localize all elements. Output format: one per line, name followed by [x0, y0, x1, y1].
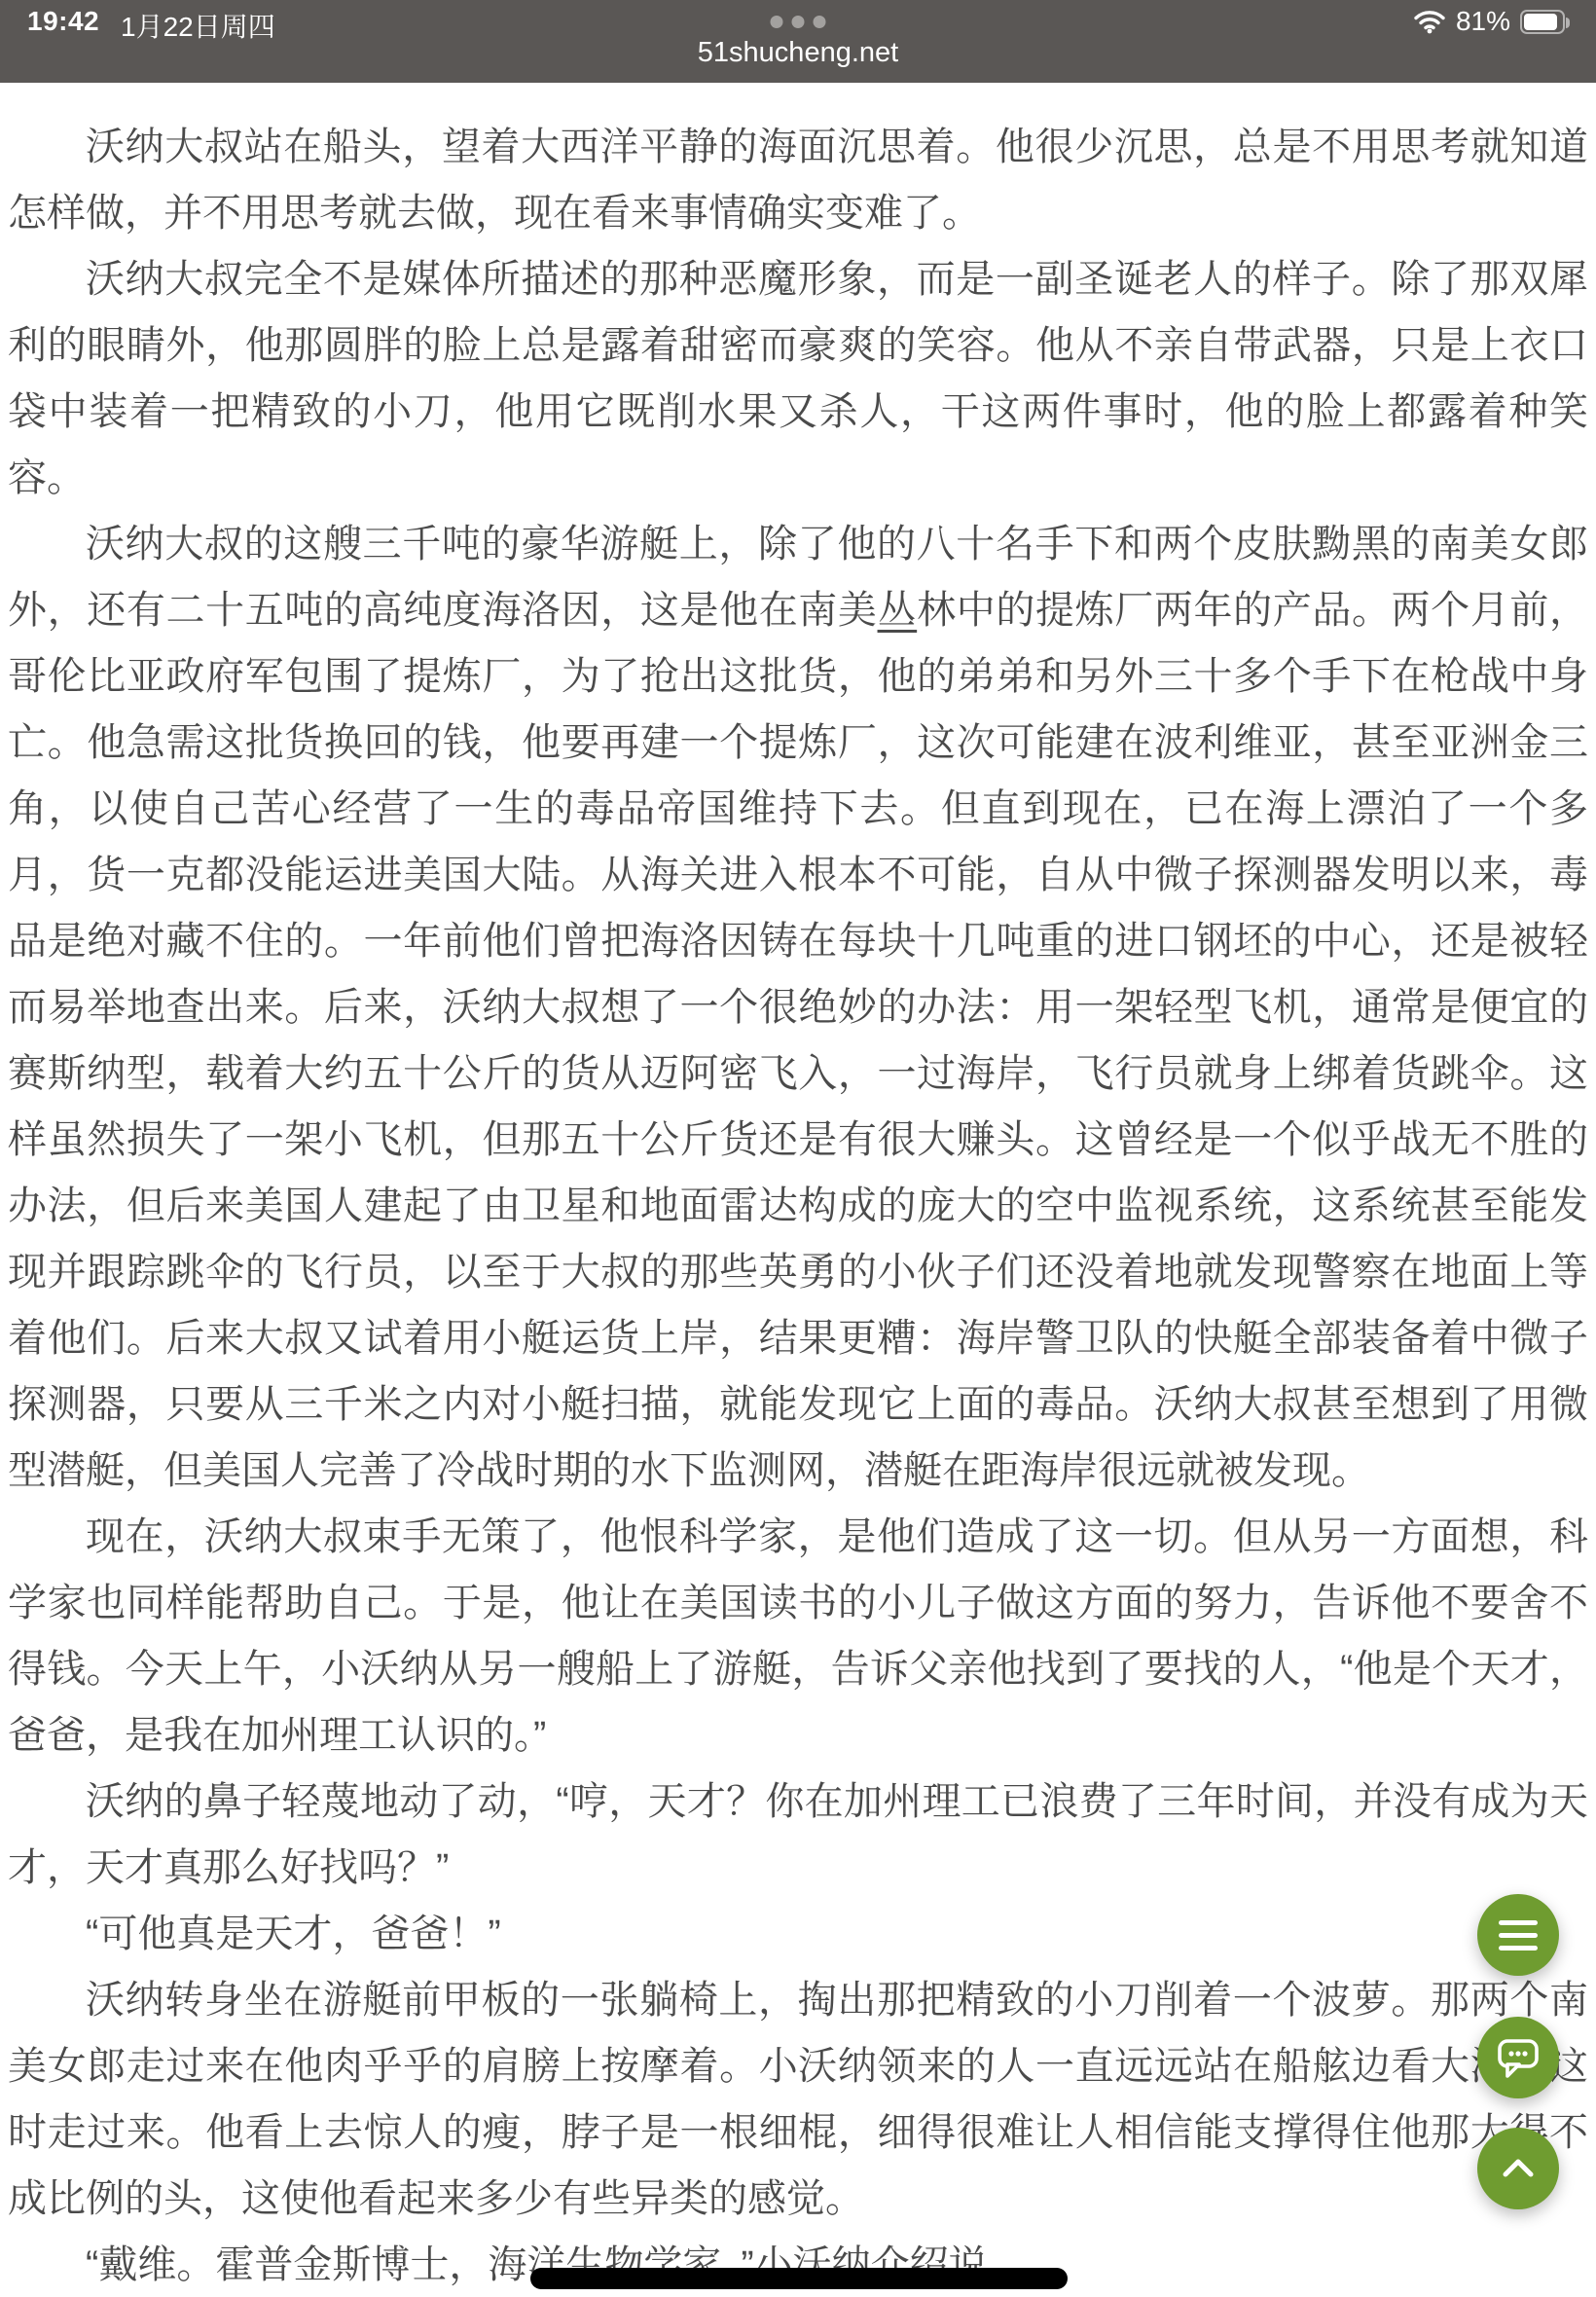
ellipsis-dot	[771, 16, 783, 28]
underlined-word: 丛	[878, 589, 918, 632]
status-right-cluster: 81%	[1413, 6, 1571, 37]
paragraph-text: 林中的提炼厂两年的产品。两个月前，哥伦比亚政府军包围了提炼厂，为了抢出这批货，他…	[8, 589, 1588, 1492]
ellipsis-dot	[792, 16, 805, 28]
battery-percentage: 81%	[1456, 6, 1510, 37]
wifi-icon	[1413, 9, 1446, 34]
reader-content: 沃纳大叔站在船头，望着大西洋平静的海面沉思着。他很少沉思，总是不用思考就知道怎样…	[0, 83, 1596, 2297]
battery-level-fill	[1524, 14, 1557, 30]
paragraph: “可他真是天才，爸爸！”	[8, 1901, 1588, 1967]
strikethrough-artifact	[530, 2268, 1068, 2289]
paragraph: 沃纳转身坐在游艇前甲板的一张躺椅上，掏出那把精致的小刀削着一个波萝。那两个南美女…	[8, 1967, 1588, 2232]
menu-button[interactable]	[1477, 1894, 1559, 1976]
paragraph: 沃纳大叔完全不是媒体所描述的那种恶魔形象，而是一副圣诞老人的样子。除了那双犀利的…	[8, 246, 1588, 511]
paragraph: 沃纳大叔站在船头，望着大西洋平静的海面沉思着。他很少沉思，总是不用思考就知道怎样…	[8, 114, 1588, 246]
paragraph: 沃纳的鼻子轻蔑地动了动，“哼，天才？你在加州理工已浪费了三年时间，并没有成为天才…	[8, 1768, 1588, 1901]
clock: 19:42	[27, 6, 99, 37]
site-title[interactable]: 51shucheng.net	[0, 37, 1596, 69]
menu-icon	[1499, 1920, 1538, 1951]
ellipsis-icon[interactable]	[771, 16, 826, 28]
paragraph: 沃纳大叔的这艘三千吨的豪华游艇上，除了他的八十名手下和两个皮肤黝黑的南美女郎外，…	[8, 511, 1588, 1504]
paragraph: 现在，沃纳大叔束手无策了，他恨科学家，是他们造成了这一切。但从另一方面想，科学家…	[8, 1504, 1588, 1768]
scroll-top-icon	[1493, 2143, 1543, 2194]
battery-icon	[1520, 10, 1565, 34]
scroll-to-top-button[interactable]	[1477, 2128, 1559, 2209]
comments-button[interactable]	[1477, 2017, 1559, 2098]
battery-nub	[1566, 18, 1570, 28]
ellipsis-dot	[814, 16, 826, 28]
status-bar: 19:42 1月22日周四 81%	[0, 4, 1596, 35]
browser-chrome: 19:42 1月22日周四 81% 51shucheng.net	[0, 0, 1596, 83]
comment-icon	[1493, 2032, 1543, 2083]
